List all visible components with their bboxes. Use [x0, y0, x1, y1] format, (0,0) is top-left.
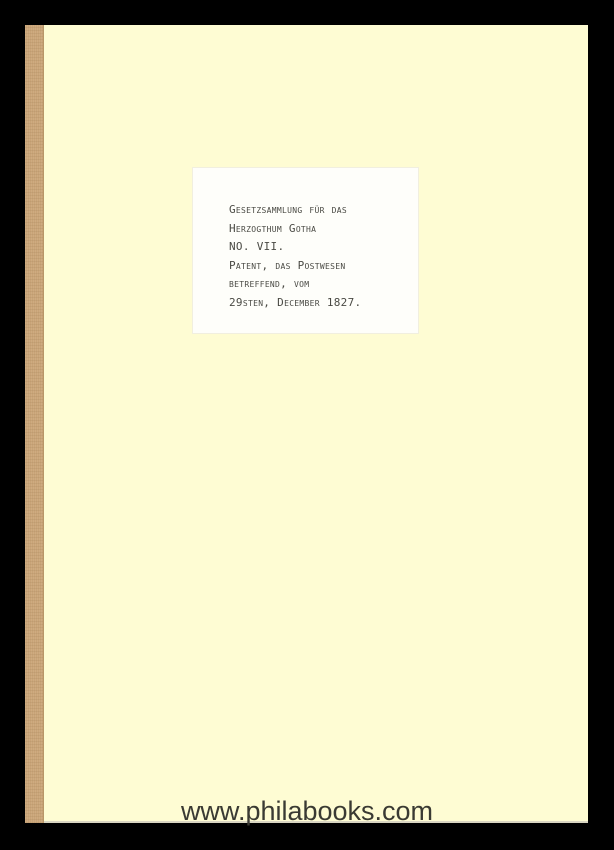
- title-label: Gesetzsammlung für das Herzogthum Gotha …: [193, 168, 418, 333]
- photo-frame: Gesetzsammlung für das Herzogthum Gotha …: [0, 0, 614, 850]
- book-cover: Gesetzsammlung für das Herzogthum Gotha …: [25, 25, 588, 823]
- watermark-url: www.philabooks.com: [0, 794, 614, 828]
- label-line-title: Gesetzsammlung für das: [229, 201, 361, 220]
- label-line-number: NO. VII.: [229, 238, 361, 257]
- label-line-region: Herzogthum Gotha: [229, 220, 361, 239]
- label-text: Gesetzsammlung für das Herzogthum Gotha …: [229, 201, 361, 312]
- label-line-date: 29sten, December 1827.: [229, 294, 361, 313]
- book-spine: [25, 25, 44, 823]
- label-line-subject-cont: betreffend, vom: [229, 275, 361, 294]
- label-line-subject: Patent, das Postwesen: [229, 257, 361, 276]
